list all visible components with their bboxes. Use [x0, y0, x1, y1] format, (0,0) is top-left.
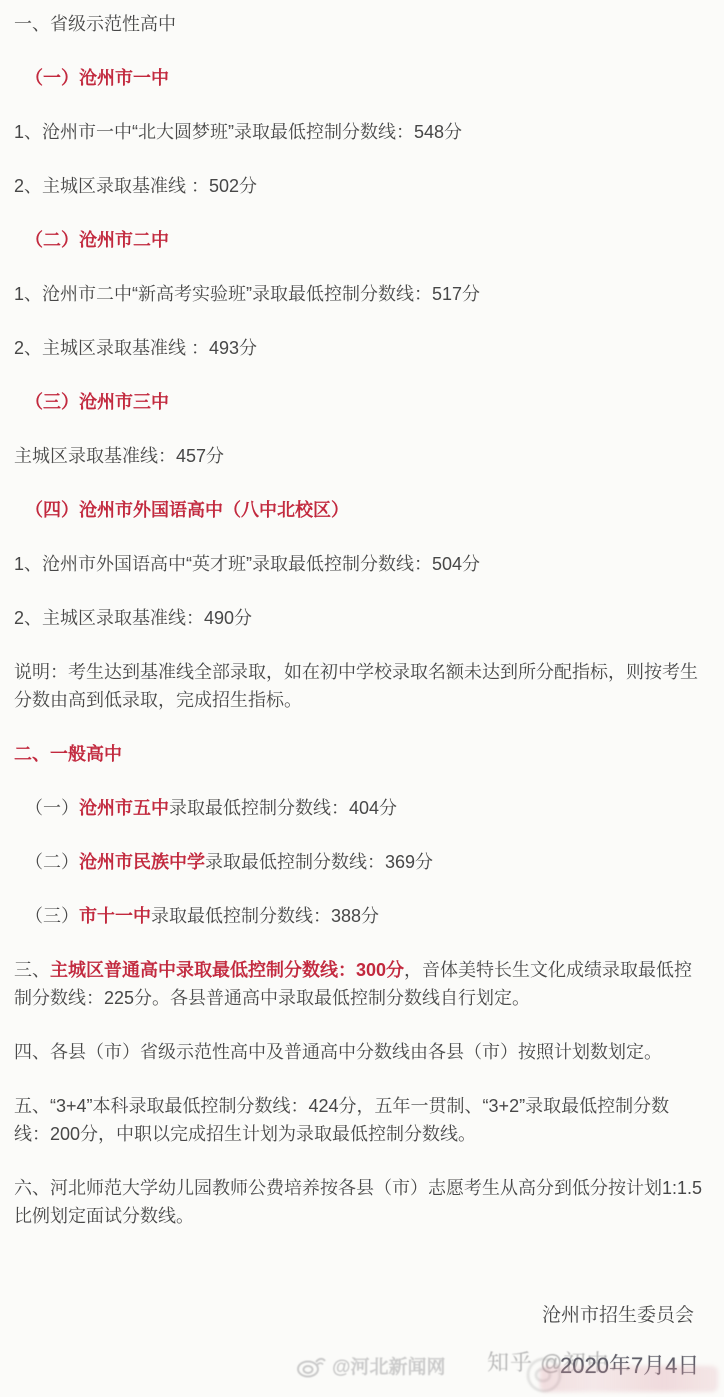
- section-5-paragraph: 五、“3+4”本科录取最低控制分数线：424分，五年一贯制、“3+2”录取最低控…: [14, 1092, 710, 1148]
- school-1-item-1: 1、沧州市一中“北大圆梦班”录取最低控制分数线：548分: [14, 118, 710, 146]
- body-text: 制分数线：225分。各县普通高中录取最低控制分数线自行划定。: [14, 988, 530, 1008]
- body-text: 六、河北师范大学幼儿园教师公费培养按各县（市）志愿考生从高分到低分按计划1:1.…: [14, 1178, 702, 1198]
- document-body: 一、省级示范性高中（一）沧州市一中1、沧州市一中“北大圆梦班”录取最低控制分数线…: [0, 0, 724, 1230]
- text-line: （二）沧州市二中: [25, 226, 710, 254]
- body-text: 分数由高到低录取，完成招生指标。: [14, 690, 302, 710]
- text-line: 二、一般高中: [14, 740, 710, 768]
- section-2-heading: 二、一般高中: [14, 740, 710, 768]
- general-school-3: （三）市十一中录取最低控制分数线：388分: [14, 902, 710, 930]
- body-text: 主城区录取基准线：457分: [14, 446, 224, 466]
- text-line: 线：200分，中职以完成招生计划为录取最低控制分数线。: [14, 1120, 710, 1148]
- school-2-heading: （二）沧州市二中: [14, 226, 710, 254]
- body-text: 录取最低控制分数线：404分: [169, 798, 397, 818]
- text-line: 1、沧州市一中“北大圆梦班”录取最低控制分数线：548分: [14, 118, 710, 146]
- text-line: 2、主城区录取基准线 ：502分: [14, 172, 710, 200]
- note-paragraph: 说明：考生达到基准线全部录取，如在初中学校录取名额未达到所分配指标，则按考生分数…: [14, 658, 710, 714]
- body-text: 四、各县（市）省级示范性高中及普通高中分数线由各县（市）按照计划数划定。: [14, 1042, 662, 1062]
- highlighted-text: （四）沧州市外国语高中（八中北校区）: [25, 500, 349, 520]
- text-line: 四、各县（市）省级示范性高中及普通高中分数线由各县（市）按照计划数划定。: [14, 1038, 710, 1066]
- text-line: 比例划定面试分数线。: [14, 1202, 710, 1230]
- text-line: 1、沧州市外国语高中“英才班”录取最低控制分数线：504分: [14, 550, 710, 578]
- body-text: 五、“3+4”本科录取最低控制分数线：424分，五年一贯制、“3+2”录取最低控…: [14, 1096, 669, 1116]
- text-line: 三、主城区普通高中录取最低控制分数线：300分，音体美特长生文化成绩录取最低控: [14, 956, 710, 984]
- highlighted-text: （二）沧州市二中: [25, 230, 169, 250]
- body-text: 录取最低控制分数线：369分: [205, 852, 433, 872]
- text-line: 主城区录取基准线：457分: [14, 442, 710, 470]
- section-1-heading: 一、省级示范性高中: [14, 10, 710, 38]
- general-school-1: （一）沧州市五中录取最低控制分数线：404分: [14, 794, 710, 822]
- body-text: 1、沧州市一中“北大圆梦班”录取最低控制分数线：548分: [14, 122, 462, 142]
- body-text: ，音体美特长生文化成绩录取最低控: [404, 960, 692, 980]
- text-line: 六、河北师范大学幼儿园教师公费培养按各县（市）志愿考生从高分到低分按计划1:1.…: [14, 1174, 710, 1202]
- body-text: 一、省级示范性高中: [14, 14, 176, 34]
- highlighted-text: 市十一中: [79, 906, 151, 926]
- text-line: （一）沧州市五中录取最低控制分数线：404分: [25, 794, 710, 822]
- school-1-heading: （一）沧州市一中: [14, 64, 710, 92]
- text-line: 2、主城区录取基准线 ：493分: [14, 334, 710, 362]
- body-text: 2、主城区录取基准线 ：502分: [14, 176, 257, 196]
- weibo-watermark-label: @河北新闻网: [332, 1352, 446, 1379]
- faint-red-watermark: [540, 1366, 718, 1392]
- text-line: 2、主城区录取基准线：490分: [14, 604, 710, 632]
- body-text: （一）: [25, 798, 79, 818]
- school-3-heading: （三）沧州市三中: [14, 388, 710, 416]
- body-text: 比例划定面试分数线。: [14, 1206, 194, 1226]
- school-2-item-2: 2、主城区录取基准线 ：493分: [14, 334, 710, 362]
- text-line: 一、省级示范性高中: [14, 10, 710, 38]
- school-1-item-2: 2、主城区录取基准线 ：502分: [14, 172, 710, 200]
- text-line: 说明：考生达到基准线全部录取，如在初中学校录取名额未达到所分配指标，则按考生: [14, 658, 710, 686]
- text-line: （三）市十一中录取最低控制分数线：388分: [25, 902, 710, 930]
- section-4-paragraph: 四、各县（市）省级示范性高中及普通高中分数线由各县（市）按照计划数划定。: [14, 1038, 710, 1066]
- text-line: （四）沧州市外国语高中（八中北校区）: [25, 496, 710, 524]
- body-text: （二）: [25, 852, 79, 872]
- body-text: 1、沧州市外国语高中“英才班”录取最低控制分数线：504分: [14, 554, 480, 574]
- section-6-paragraph: 六、河北师范大学幼儿园教师公费培养按各县（市）志愿考生从高分到低分按计划1:1.…: [14, 1174, 710, 1230]
- text-line: 分数由高到低录取，完成招生指标。: [14, 686, 710, 714]
- weibo-news-watermark: @河北新闻网: [296, 1352, 446, 1379]
- highlighted-text: 二、一般高中: [14, 744, 122, 764]
- signature-issuer: 沧州市招生委员会: [542, 1300, 694, 1327]
- text-line: （一）沧州市一中: [25, 64, 710, 92]
- body-text: （三）: [25, 906, 79, 926]
- body-text: 线：200分，中职以完成招生计划为录取最低控制分数线。: [14, 1124, 476, 1144]
- text-line: （三）沧州市三中: [25, 388, 710, 416]
- section-3-paragraph: 三、主城区普通高中录取最低控制分数线：300分，音体美特长生文化成绩录取最低控制…: [14, 956, 710, 1012]
- school-4-item-1: 1、沧州市外国语高中“英才班”录取最低控制分数线：504分: [14, 550, 710, 578]
- body-text: 录取最低控制分数线：388分: [151, 906, 379, 926]
- body-text: 说明：考生达到基准线全部录取，如在初中学校录取名额未达到所分配指标，则按考生: [14, 662, 698, 682]
- body-text: 三、: [14, 960, 50, 980]
- school-3-item-1: 主城区录取基准线：457分: [14, 442, 710, 470]
- highlighted-text: 沧州市五中: [79, 798, 169, 818]
- highlighted-text: （一）沧州市一中: [25, 68, 169, 88]
- text-line: 五、“3+4”本科录取最低控制分数线：424分，五年一贯制、“3+2”录取最低控…: [14, 1092, 710, 1120]
- text-line: （二）沧州市民族中学录取最低控制分数线：369分: [25, 848, 710, 876]
- highlighted-text: （三）沧州市三中: [25, 392, 169, 412]
- text-line: 制分数线：225分。各县普通高中录取最低控制分数线自行划定。: [14, 984, 710, 1012]
- school-4-item-2: 2、主城区录取基准线：490分: [14, 604, 710, 632]
- body-text: 2、主城区录取基准线 ：493分: [14, 338, 257, 358]
- highlighted-text: 主城区普通高中录取最低控制分数线：300分: [50, 960, 404, 980]
- school-2-item-1: 1、沧州市二中“新高考实验班”录取最低控制分数线：517分: [14, 280, 710, 308]
- general-school-2: （二）沧州市民族中学录取最低控制分数线：369分: [14, 848, 710, 876]
- body-text: 2、主城区录取基准线：490分: [14, 608, 252, 628]
- body-text: 1、沧州市二中“新高考实验班”录取最低控制分数线：517分: [14, 284, 480, 304]
- highlighted-text: 沧州市民族中学: [79, 852, 205, 872]
- text-line: 1、沧州市二中“新高考实验班”录取最低控制分数线：517分: [14, 280, 710, 308]
- school-4-heading: （四）沧州市外国语高中（八中北校区）: [14, 496, 710, 524]
- weibo-logo-icon: [296, 1354, 326, 1378]
